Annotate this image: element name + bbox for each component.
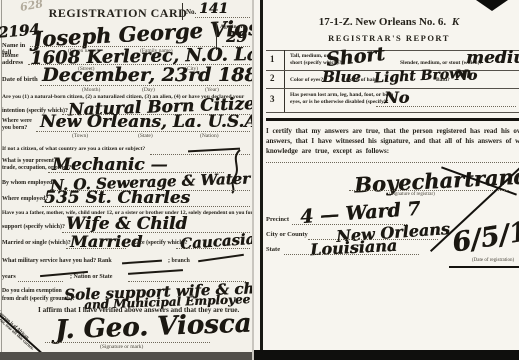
registrar-signature-line: [349, 190, 509, 191]
military-years-label: years: [2, 274, 16, 281]
military-branch-dash: [198, 254, 244, 262]
bald-value: No: [455, 68, 477, 84]
born-label-line2: you born?: [2, 125, 27, 132]
registrant-signature: J. Geo. Viosca: [55, 309, 252, 346]
certify-line2: answers, that I have witnessed his signa…: [266, 137, 519, 145]
born-label-line1: Where were: [2, 118, 32, 125]
city-label: City or County: [266, 231, 308, 238]
certify-line3: knowledge are true, except as follows:: [266, 147, 389, 155]
certify-line1: I certify that my answers are true, that…: [266, 127, 519, 135]
address-label: Home address: [2, 52, 28, 67]
build-value: medium: [466, 48, 519, 68]
employed-where-label: Where employed?: [2, 196, 48, 203]
top-notch-mark: [476, 0, 508, 11]
employed-where-value: 535 St. Charles: [44, 188, 190, 208]
bald-label: Bald?: [436, 77, 450, 83]
number-column-line: [284, 50, 285, 112]
birth-value: December, 23rd 1887: [42, 64, 252, 86]
height-value: Short: [325, 43, 386, 71]
scanned-draft-registration-card: 628 REGISTRATION CARD No. 141 2194 Name …: [0, 0, 519, 360]
married-label: Married or single (which)?: [2, 240, 71, 247]
disabled-value: No: [384, 88, 409, 107]
dependent-question-line2: support (specify which)?: [2, 224, 65, 231]
birth-label: Date of birth: [2, 76, 38, 83]
no-label: No.: [186, 8, 196, 16]
military-years-underline: [18, 281, 63, 282]
trade-label-line1: What is your present: [2, 158, 54, 165]
state-label: State: [266, 246, 280, 253]
employer-label: By whom employed?: [2, 180, 55, 187]
signature-underline: [45, 342, 210, 343]
pencil-number: 628: [19, 0, 44, 14]
born-underline: [36, 131, 250, 132]
date-sub: (Date of registration): [472, 258, 514, 263]
birth-underline: [40, 85, 250, 86]
precinct-label: Precinct: [266, 216, 289, 223]
disabled-label-line2: eyes, or is he otherwise disabled (speci…: [290, 99, 388, 105]
month-sub: (Month): [82, 87, 100, 93]
employed-where-underline: [42, 206, 250, 207]
no-value: 141: [199, 1, 228, 17]
eyes-label: Color of eyes?: [290, 77, 323, 83]
year-sub: (Year): [205, 87, 219, 93]
no-box-line: [182, 3, 183, 20]
row3-separator: [266, 112, 519, 113]
exceptions-blank-line: [266, 162, 519, 163]
date-underline: [449, 266, 519, 268]
nation-sub: (Nation): [200, 133, 219, 139]
military-branch-label: ; branch: [168, 258, 190, 265]
row1-number: 1: [270, 54, 275, 64]
card-edge-line: [260, 0, 263, 360]
bottom-scan-band-left: [0, 352, 252, 360]
corner-note: If person is of African descent, tear of…: [0, 308, 42, 354]
day-sub: (Day): [142, 87, 155, 93]
section-divider-rule: [266, 118, 519, 121]
town-sub: (Town): [72, 133, 88, 139]
registrar-signature-sub: (Signature of registrar): [389, 192, 435, 197]
married-underline: [66, 248, 126, 249]
military-nation-label: ; Nation or State: [70, 274, 112, 281]
report-title: REGISTRAR'S REPORT: [314, 34, 464, 44]
military-label: What military service have you had? Rank: [2, 258, 112, 265]
born-value: New Orleans, La. U.S.A.: [40, 112, 252, 132]
disabled-label-line1: Has person lost arm, leg, hand, foot, or…: [290, 92, 393, 98]
row3-number: 3: [270, 94, 275, 104]
form-code: 17-1-Z. New Orleans No. 6. K: [294, 16, 484, 29]
signature-sub: (Signature or mark): [100, 344, 143, 350]
military-rank-dash: [122, 260, 162, 265]
row2-number: 2: [270, 73, 275, 83]
registration-card: 628 REGISTRATION CARD No. 141 2194 Name …: [0, 0, 252, 360]
dependent-value: Wife & Child: [66, 214, 187, 234]
disabled-underline: [376, 106, 516, 107]
bottom-scan-band-right: [254, 350, 519, 360]
form-code-text: 17-1-Z. New Orleans No. 6.: [319, 16, 446, 28]
state-underline: [284, 254, 419, 255]
alien-question: If not a citizen, of what country are yo…: [2, 146, 145, 152]
form-code-suffix: K: [452, 16, 459, 28]
race-underline: [176, 248, 250, 249]
height-label-line1: Tall, medium, or: [290, 53, 329, 59]
military-nation-dash: [128, 269, 183, 275]
exemption-question-line1: Do you claim exemption: [2, 288, 62, 295]
registrars-report-card: 17-1-Z. New Orleans No. 6. K REGISTRAR'S…: [254, 0, 519, 360]
state-value: Louisiana: [310, 236, 398, 260]
state-sub: (State): [138, 133, 153, 139]
